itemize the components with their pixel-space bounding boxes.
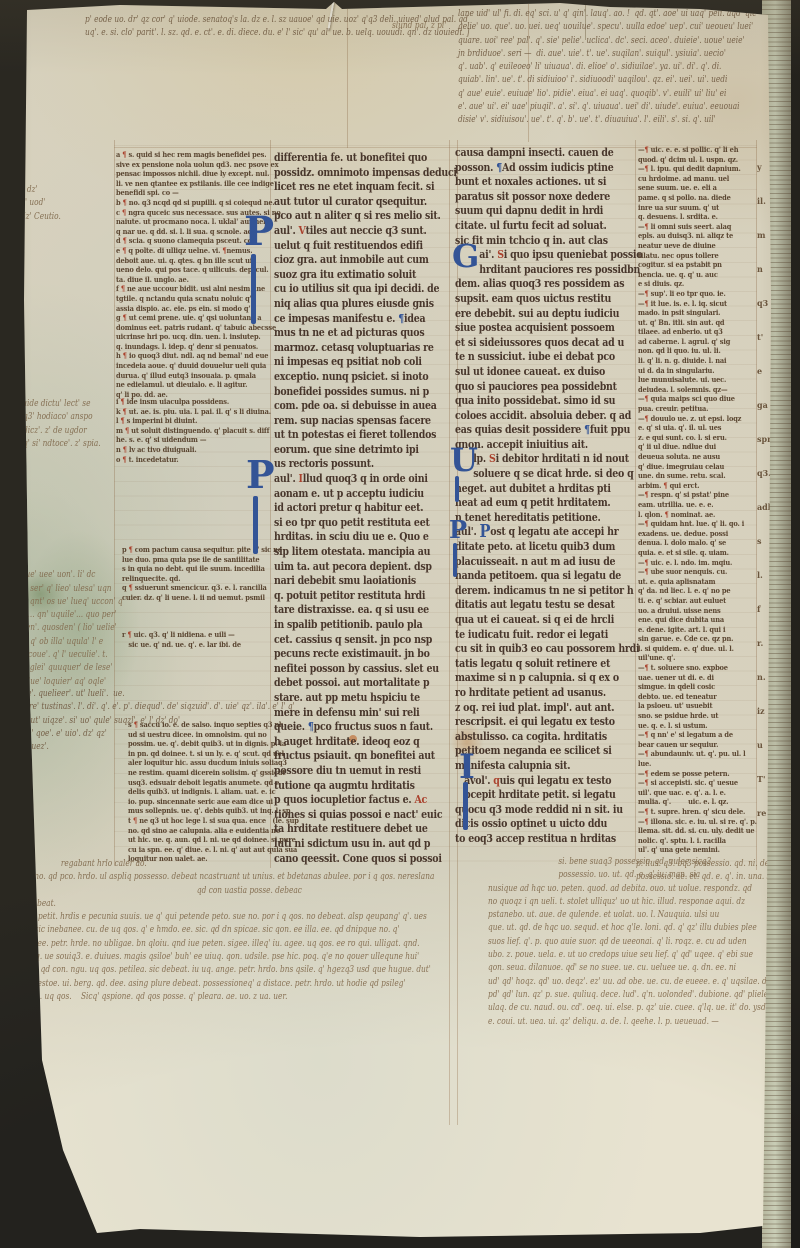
initial-letter: U <box>450 441 478 479</box>
left-gloss-block-4: r ¶ uic. q3. q' li nidiena. e uili — sic… <box>122 630 280 649</box>
illuminated-initial-G-gaius: G <box>452 240 479 272</box>
initial-stem <box>463 782 468 830</box>
manuscript-photograph: { "artifact": { "kind": "medieval manusc… <box>0 0 800 1248</box>
top-right-annotation: lane uid' ul' fi. di. eq' sci. u' q' qin… <box>458 8 790 128</box>
initial-letter: P <box>246 452 275 497</box>
initial-stem <box>251 254 256 324</box>
illuminated-initial-I-javolenus: I <box>459 750 475 784</box>
bottom-left-annotation: regabant hrlo caler ao.z no. qd pco. hrd… <box>28 858 460 1004</box>
main-text-column-1: differentia fe. ut bonefitei quopossidz.… <box>274 150 446 865</box>
initial-stem <box>253 496 258 554</box>
background-right-edge <box>791 0 800 1248</box>
left-margin-note-4: uie'. quelieer'. ut' lueli'. ue.uere' tu… <box>20 688 260 754</box>
illuminated-initial-P-paulus-3: P <box>449 518 467 542</box>
illuminated-initial-P-paulus-2: P <box>246 456 275 494</box>
top-margin-label: slund pal. z pl' <box>392 20 458 33</box>
illuminated-initial-U-ulpianus: U <box>450 444 478 476</box>
initial-letter: G <box>452 237 479 275</box>
left-margin-note-1: Berno dz'hoie q' uod'sic eoiz' Ceutio. <box>2 184 114 224</box>
parchment-folio: p' eode uo. dr' qz cor' q' uiode. senato… <box>0 0 800 1248</box>
right-gloss-column: —¶ uic. e. e. si pollic. q' li ehquod. q… <box>638 145 756 855</box>
initial-letter: P <box>449 515 467 544</box>
illuminated-initial-P-paulus: P <box>244 212 274 252</box>
main-text-column-2: causa dampni insecti. cauen deposson. ¶A… <box>455 145 631 846</box>
ruling-line <box>114 140 115 866</box>
initial-letter: P <box>244 208 274 255</box>
initial-letter: I <box>459 747 475 787</box>
initial-stem <box>455 476 459 502</box>
initial-stem <box>453 543 457 577</box>
left-margin-note-3: qd'q' lue' uee' uon'. li' dcuid' ser' q'… <box>14 556 132 689</box>
left-margin-note-2: z uide dictu' lect' se...q3' hodiaco' an… <box>16 398 128 451</box>
bottom-right-annotation: si. bene suaq3 possessio. qd. uulee sicq… <box>488 856 793 1029</box>
